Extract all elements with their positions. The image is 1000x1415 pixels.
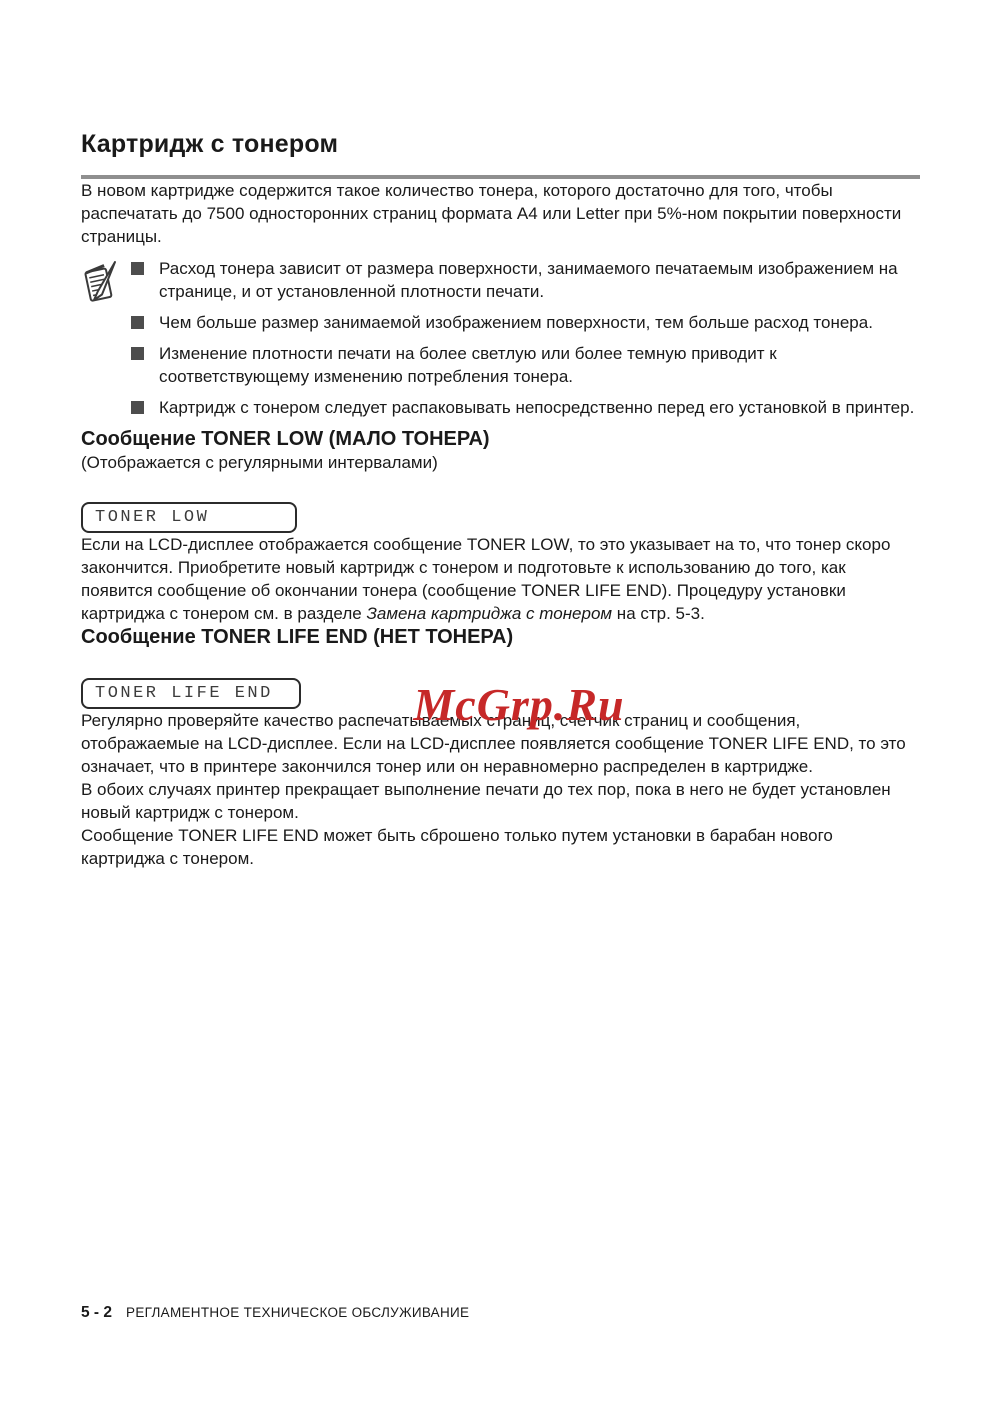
square-bullet-icon <box>131 401 144 414</box>
section-reference-italic: Замена картриджа с тонером <box>366 604 612 623</box>
section-heading-toner-life-end: Сообщение TONER LIFE END (НЕТ ТОНЕРА) <box>81 625 920 649</box>
footer-section-title: РЕГЛАМЕНТНОЕ ТЕХНИЧЕСКОЕ ОБСЛУЖИВАНИЕ <box>126 1305 469 1320</box>
lcd-text: TONER LIFE END <box>95 684 273 703</box>
note-item-text: Расход тонера зависит от размера поверхн… <box>159 257 920 303</box>
notepad-pencil-icon <box>81 257 125 314</box>
note-item-text: Картридж с тонером следует распаковывать… <box>159 396 914 419</box>
section-heading-toner-low: Сообщение TONER LOW (МАЛО ТОНЕРА) <box>81 427 920 451</box>
lcd-display-toner-low: TONER LOW <box>81 502 297 533</box>
document-page: Картридж с тонером В новом картридже сод… <box>81 0 920 870</box>
square-bullet-icon <box>131 347 144 360</box>
toner-low-paragraph: Если на LCD-дисплее отображается сообщен… <box>81 533 920 625</box>
note-item: Картридж с тонером следует распаковывать… <box>125 396 920 419</box>
page-footer: 5 - 2 РЕГЛАМЕНТНОЕ ТЕХНИЧЕСКОЕ ОБСЛУЖИВА… <box>81 1304 469 1322</box>
toner-low-paragraph-end: на стр. 5-3. <box>612 604 705 623</box>
square-bullet-icon <box>131 316 144 329</box>
square-bullet-icon <box>131 262 144 275</box>
note-item-text: Изменение плотности печати на более свет… <box>159 342 920 388</box>
toner-life-end-paragraph-2-line2: Сообщение TONER LIFE END может быть сбро… <box>81 826 833 868</box>
toner-life-end-paragraph-2: В обоих случаях принтер прекращает выпол… <box>81 778 920 870</box>
note-item: Чем больше размер занимаемой изображение… <box>125 311 920 334</box>
note-item-text: Чем больше размер занимаемой изображение… <box>159 311 873 334</box>
toner-life-end-paragraph-2-line1: В обоих случаях принтер прекращает выпол… <box>81 780 891 822</box>
note-block: Расход тонера зависит от размера поверхн… <box>81 257 920 427</box>
footer-page-number: 5 - 2 <box>81 1304 112 1322</box>
lcd-display-toner-life-end: TONER LIFE END <box>81 678 301 709</box>
toner-life-end-paragraph-1: Регулярно проверяйте качество распечатыв… <box>81 709 920 778</box>
note-list: Расход тонера зависит от размера поверхн… <box>125 257 920 427</box>
intro-paragraph: В новом картридже содержится такое колич… <box>81 179 920 248</box>
note-item: Расход тонера зависит от размера поверхн… <box>125 257 920 303</box>
page-title: Картридж с тонером <box>81 130 920 158</box>
interval-note: (Отображается с регулярными интервалами) <box>81 451 920 474</box>
lcd-text: TONER LOW <box>95 508 209 527</box>
note-item: Изменение плотности печати на более свет… <box>125 342 920 388</box>
